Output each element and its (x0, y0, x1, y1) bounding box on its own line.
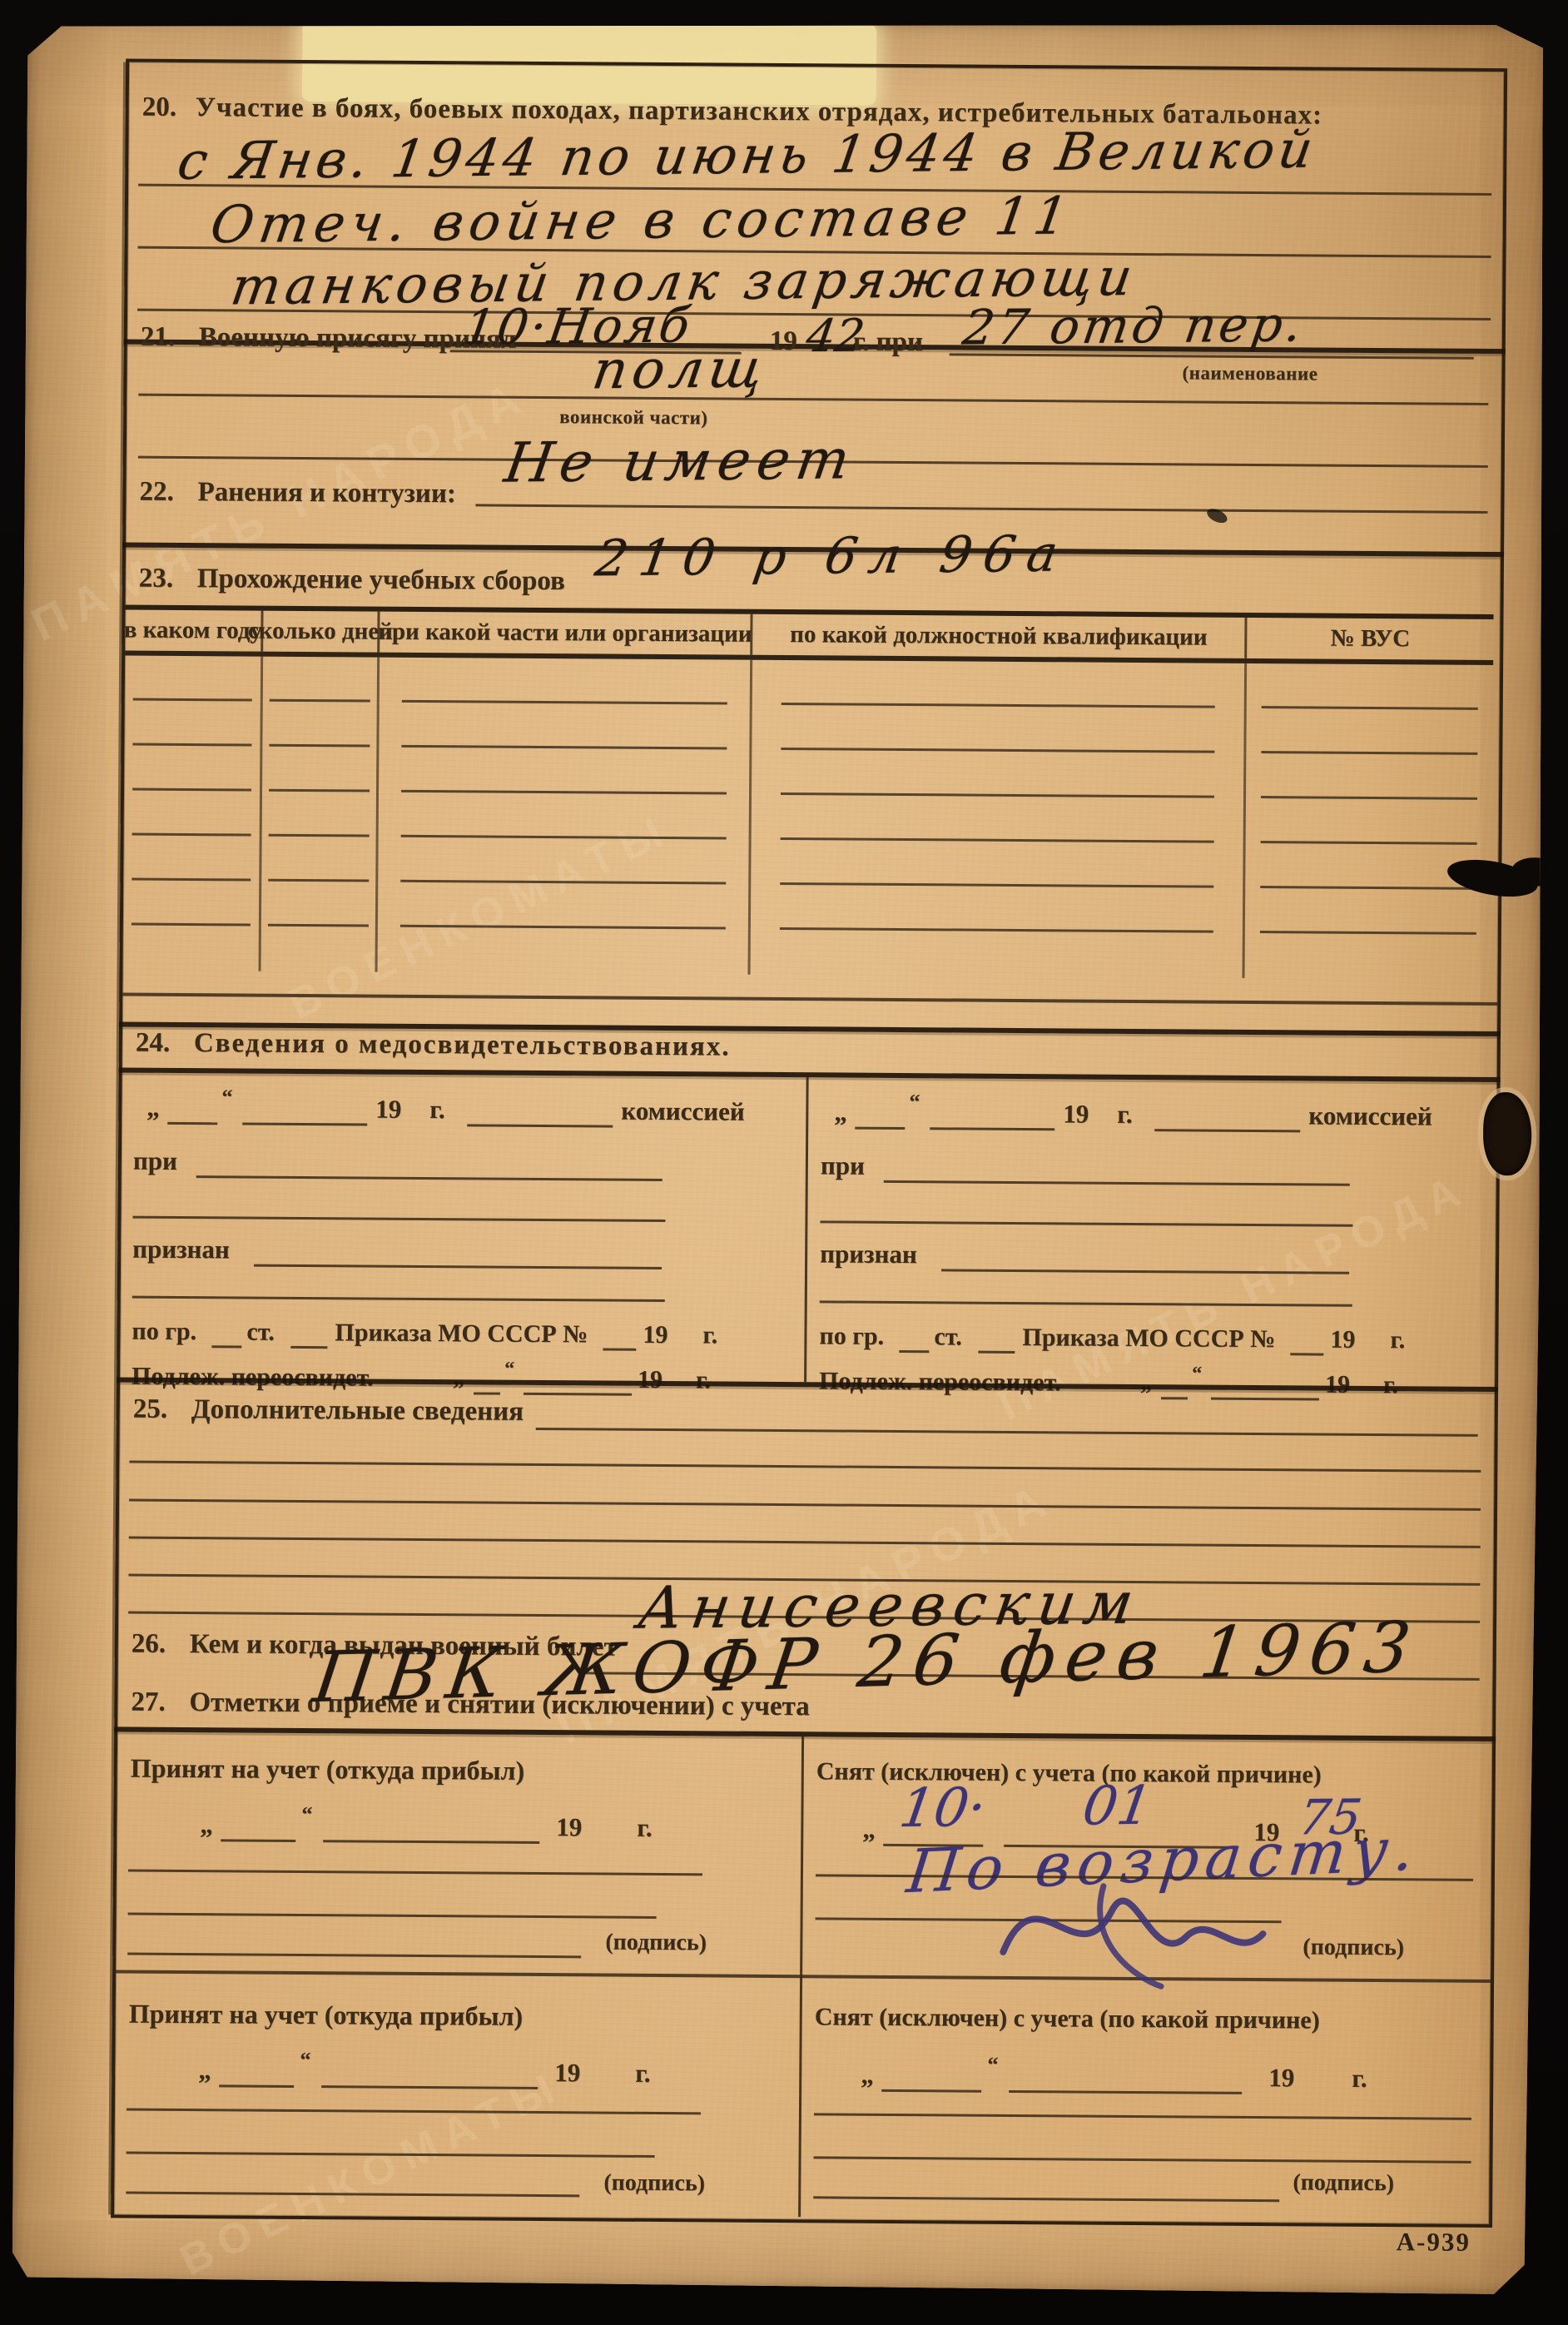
printed-g: г. (702, 1321, 717, 1349)
printed-year: 19 (1063, 1099, 1089, 1129)
quote-open: „ (200, 1810, 213, 1840)
label-st: ст. (246, 1319, 275, 1347)
label-pri: при (821, 1150, 865, 1180)
section-24-number: 24. (136, 1028, 171, 1059)
section-22-number: 22. (139, 477, 174, 508)
table-cell (262, 747, 379, 792)
blank-month (242, 1118, 367, 1125)
blank-month (930, 1123, 1054, 1130)
signature-removed (986, 1852, 1270, 1995)
table-cell (124, 791, 262, 837)
blank-day (167, 1118, 217, 1125)
reg-accepted-title: Принят на учет (откуда прибыл) (129, 1999, 523, 2032)
signature-caption: (подпись) (603, 2170, 705, 2198)
section-23-number: 23. (139, 564, 174, 594)
table-cell (123, 881, 261, 927)
section-25-label: Дополнительные сведения (191, 1394, 523, 1428)
reg-removed-title: Снят (исключен) с учета (по какой причин… (815, 2003, 1320, 2034)
blank-pri (884, 1176, 1350, 1186)
blank-month (321, 2081, 538, 2089)
training-table: в каком году сколько дней при какой част… (123, 604, 1494, 980)
med-exam-block-right: „ “ 19 г. комиссией при признан по гр. с… (807, 1074, 1491, 1387)
col-days: сколько дней (263, 611, 380, 653)
table-cell (123, 836, 261, 882)
printed-g: г. (635, 2059, 651, 2089)
printed-g: г. (429, 1095, 445, 1125)
signature-caption: (подпись) (1293, 2169, 1394, 2197)
scan-background: ПАМЯТЬ НАРОДА ВОЕНКОМАТЫ ПАМЯТЬ НАРОДА В… (0, 0, 1568, 2325)
blank-priznan (941, 1264, 1349, 1274)
quote-open: „ (834, 1097, 847, 1127)
section-24-label: Сведения о медосвидетельствованиях. (194, 1028, 731, 1063)
handwriting-wounds: Не имеет (501, 427, 861, 494)
blank-day (881, 2085, 981, 2093)
table-cell (1244, 933, 1491, 980)
label-commission: комиссией (1308, 1100, 1432, 1131)
handwriting-campaigns-line1: с Янв. 1944 по июнь 1944 в Великой (174, 119, 1321, 191)
quote-open: „ (146, 1093, 160, 1123)
table-cell (378, 927, 751, 975)
handwriting-registry-stamp: ПВК ЖОФР 26 фев 1963 (309, 1606, 1425, 1718)
table-cell (123, 926, 261, 971)
quote-close: “ (221, 1085, 232, 1110)
quote-close: “ (909, 1090, 920, 1115)
table-cell (125, 656, 263, 702)
reg-accepted-title: Принят на учет (откуда прибыл) (131, 1753, 525, 1786)
blank-day (221, 1835, 295, 1842)
col-year: в каком году (125, 609, 263, 652)
quote-open: „ (198, 2055, 211, 2085)
table-cell (379, 748, 752, 795)
table-cell (378, 837, 751, 885)
printed-g: г. (1117, 1100, 1133, 1130)
signature-caption: (подпись) (605, 1930, 707, 1957)
table-cell (261, 882, 378, 927)
caption-naimenovanie: (наименование (1182, 362, 1317, 385)
blank-month (523, 1389, 632, 1396)
blank-day (474, 1388, 500, 1394)
quote-close: “ (987, 2053, 998, 2078)
printed-year: 19 (556, 1812, 582, 1842)
handwriting-training: 210 р 6л 96а (592, 525, 1074, 589)
table-cell (262, 792, 379, 837)
printed-year: 19 (1330, 1326, 1355, 1354)
printed-g: г. (637, 1813, 653, 1843)
quote-close: “ (504, 1359, 514, 1381)
table-cell (263, 657, 380, 703)
label-pri: при (133, 1146, 177, 1176)
label-po-gr: по гр. (819, 1322, 884, 1351)
blank-gr (211, 1341, 241, 1348)
quote-open: „ (861, 2060, 874, 2090)
blank-pri (196, 1171, 662, 1181)
section-22-label: Ранения и контузии: (197, 477, 456, 509)
form-print-code: А-939 (1397, 2227, 1471, 2258)
quote-close: “ (300, 2048, 310, 2073)
table-cell (1245, 888, 1491, 935)
table-cell (380, 658, 752, 705)
table-cell (752, 750, 1246, 798)
table-cell (1246, 798, 1492, 845)
table-cell (752, 795, 1246, 843)
table-cell (751, 885, 1245, 933)
table-row (123, 926, 1491, 980)
blank-commission (1154, 1125, 1300, 1132)
table-cell (751, 930, 1245, 978)
blank-day (855, 1123, 905, 1130)
label-priznan: признан (820, 1239, 917, 1269)
reg-block-removed-2: Снят (исключен) с учета (по какой причин… (801, 1978, 1484, 2221)
section-23-label: Прохождение учебных сборов (197, 564, 565, 597)
printed-year-prefix: 19 (770, 326, 797, 357)
section-25-number: 25. (133, 1394, 168, 1425)
table-cell (124, 701, 262, 747)
table-cell (261, 837, 378, 882)
quote-close: “ (301, 1802, 312, 1827)
table-cell (1246, 708, 1492, 755)
caption-voinskoy-chasti: воинской части) (559, 406, 708, 429)
label-priznan: признан (132, 1235, 230, 1265)
reg-block-removed-1: Снят (исключен) с учета (по какой причин… (803, 1734, 1486, 1980)
section-27-number: 27. (131, 1687, 166, 1718)
blank-day (219, 2080, 294, 2088)
blank-st (290, 1342, 327, 1349)
blank-additional (536, 1423, 1478, 1437)
quote-close: “ (1192, 1363, 1202, 1385)
blank-priznan (254, 1260, 662, 1269)
table-cell (124, 746, 262, 792)
reg-removed-title: Снят (исключен) с учета (по какой причин… (816, 1757, 1322, 1789)
blank-month (323, 1836, 539, 1844)
signature-caption: (подпись) (1303, 1934, 1404, 1961)
printed-g-pri: г. при (853, 327, 923, 359)
blank-commission (467, 1120, 613, 1127)
handwriting-oath-unit: 27 отд пер. (960, 296, 1309, 355)
printed-year: 19 (554, 2058, 580, 2088)
table-cell (262, 702, 379, 748)
table-cell (379, 792, 752, 840)
document-paper: ПАМЯТЬ НАРОДА ВОЕНКОМАТЫ ПАМЯТЬ НАРОДА В… (12, 15, 1548, 2295)
table-cell (1246, 753, 1492, 800)
reg-block-accepted-1: Принят на учет (откуда прибыл) „ “ 19 г.… (116, 1729, 800, 1975)
col-vus: № ВУС (1247, 618, 1493, 660)
quote-open: „ (862, 1815, 876, 1845)
label-po-gr: по гр. (131, 1318, 196, 1347)
training-table-header: в каком году сколько дней при какой част… (125, 604, 1493, 665)
handwriting-campaigns-line2: Отеч. войне в составе 11 (207, 185, 1078, 255)
table-cell (261, 927, 378, 972)
section-26-number: 26. (131, 1629, 166, 1660)
label-prikaz: Приказа МО СССР № (1022, 1324, 1275, 1354)
blank-day (1161, 1393, 1188, 1399)
quote-open: „ (453, 1364, 464, 1391)
section-20-number: 20. (142, 92, 177, 123)
torn-hole (1483, 1092, 1532, 1175)
blank-month (1009, 2086, 1242, 2094)
section-21-number: 21. (141, 322, 176, 353)
printed-g: г. (1390, 1326, 1405, 1354)
handwriting-removed-day: 10· (896, 1777, 990, 1840)
blank-month (1211, 1394, 1319, 1401)
blank-gr (899, 1346, 929, 1353)
printed-year: 19 (643, 1321, 667, 1349)
quote-open: „ (1140, 1369, 1152, 1396)
label-st: ст. (934, 1323, 962, 1351)
reg-block-accepted-2: Принят на учет (откуда прибыл) „ “ 19 г.… (114, 1973, 798, 2216)
table-cell (379, 703, 752, 750)
blank-st (978, 1347, 1015, 1354)
table-cell (752, 705, 1246, 753)
label-prikaz: Приказа МО СССР № (335, 1319, 588, 1349)
med-exam-block-left: „ “ 19 г. комиссией при признан по гр. с… (120, 1069, 805, 1382)
table-cell (1247, 663, 1493, 710)
col-unit: при какой части или организации (380, 612, 752, 655)
table-cell (752, 660, 1247, 708)
table-cell (378, 882, 751, 930)
handwriting-oath-unit2: полщ (588, 338, 772, 401)
label-commission: комиссией (621, 1096, 745, 1127)
table-cell (751, 840, 1245, 888)
printed-g: г. (1352, 2064, 1367, 2094)
col-qualification: по какой должностной квалификации (752, 614, 1247, 658)
military-registration-form: 20. Участие в боях, боевых походах, парт… (111, 58, 1507, 2228)
blank-order-no (603, 1344, 636, 1351)
printed-year: 19 (375, 1095, 401, 1125)
blank-order-no (1290, 1349, 1323, 1355)
printed-year: 19 (1268, 2063, 1294, 2093)
